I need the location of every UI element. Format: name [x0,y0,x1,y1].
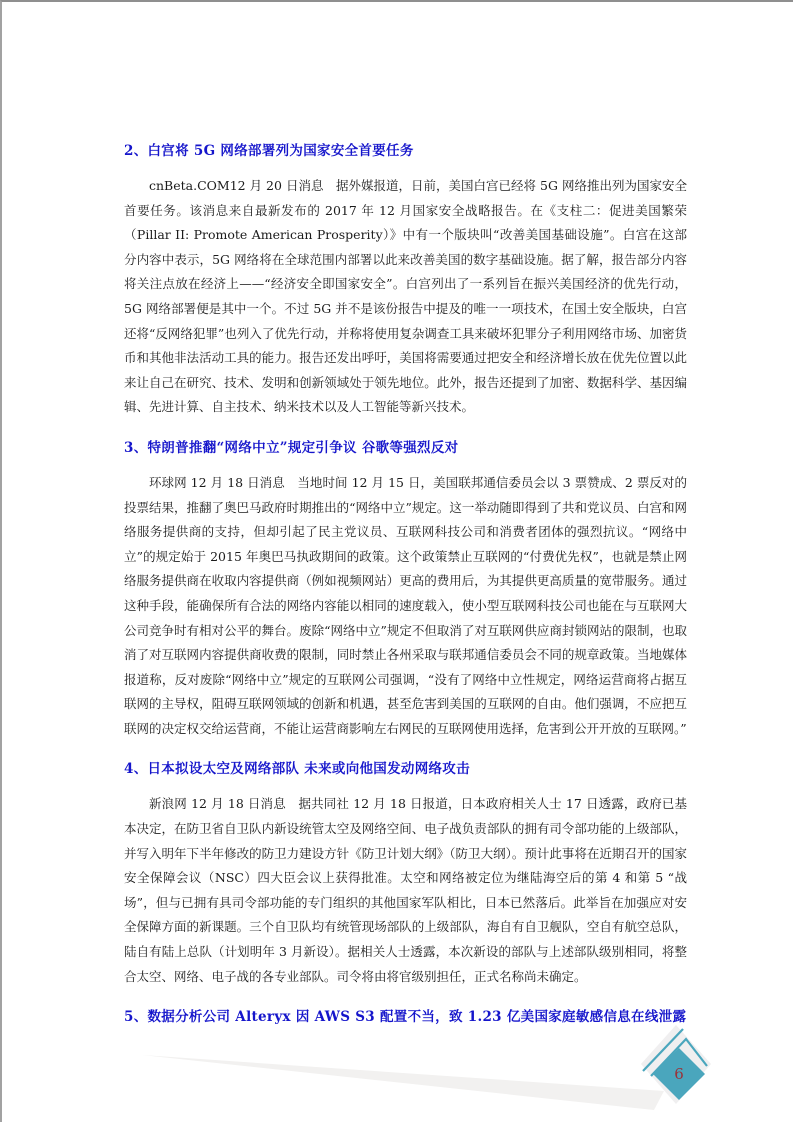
news-section-4: 4、日本拟设太空及网络部队 未来或向他国发动网络攻击 新浪网 12 月 18 日… [124,757,687,989]
section-paragraph: 环球网 12 月 18 日消息 当地时间 12 月 15 日，美国联邦通信委员会… [124,471,687,742]
section-paragraph: 新浪网 12 月 18 日消息 据共同社 12 月 18 日报道，日本政府相关人… [124,792,687,989]
news-section-5: 5、数据分析公司 Alteryx 因 AWS S3 配置不当，致 1.23 亿美… [124,1005,687,1029]
ribbon-icon [142,1055,664,1110]
news-section-2: 2、白宫将 5G 网络部署列为国家安全首要任务 cnBeta.COM12 月 2… [124,139,687,420]
section-heading: 5、数据分析公司 Alteryx 因 AWS S3 配置不当，致 1.23 亿美… [124,1005,687,1029]
newsletter-content: 2、白宫将 5G 网络部署列为国家安全首要任务 cnBeta.COM12 月 2… [124,139,687,1040]
news-section-3: 3、特朗普推翻“网络中立”规定引争议 谷歌等强烈反对 环球网 12 月 18 日… [124,436,687,742]
section-heading: 3、特朗普推翻“网络中立”规定引争议 谷歌等强烈反对 [124,436,687,460]
section-heading: 4、日本拟设太空及网络部队 未来或向他国发动网络攻击 [124,757,687,781]
section-paragraph: cnBeta.COM12 月 20 日消息 据外媒报道，日前，美国白宫已经将 5… [124,174,687,420]
page-number: 6 [667,1064,691,1084]
section-heading: 2、白宫将 5G 网络部署列为国家安全首要任务 [124,139,687,163]
document-page: 2、白宫将 5G 网络部署列为国家安全首要任务 cnBeta.COM12 月 2… [0,0,793,1122]
